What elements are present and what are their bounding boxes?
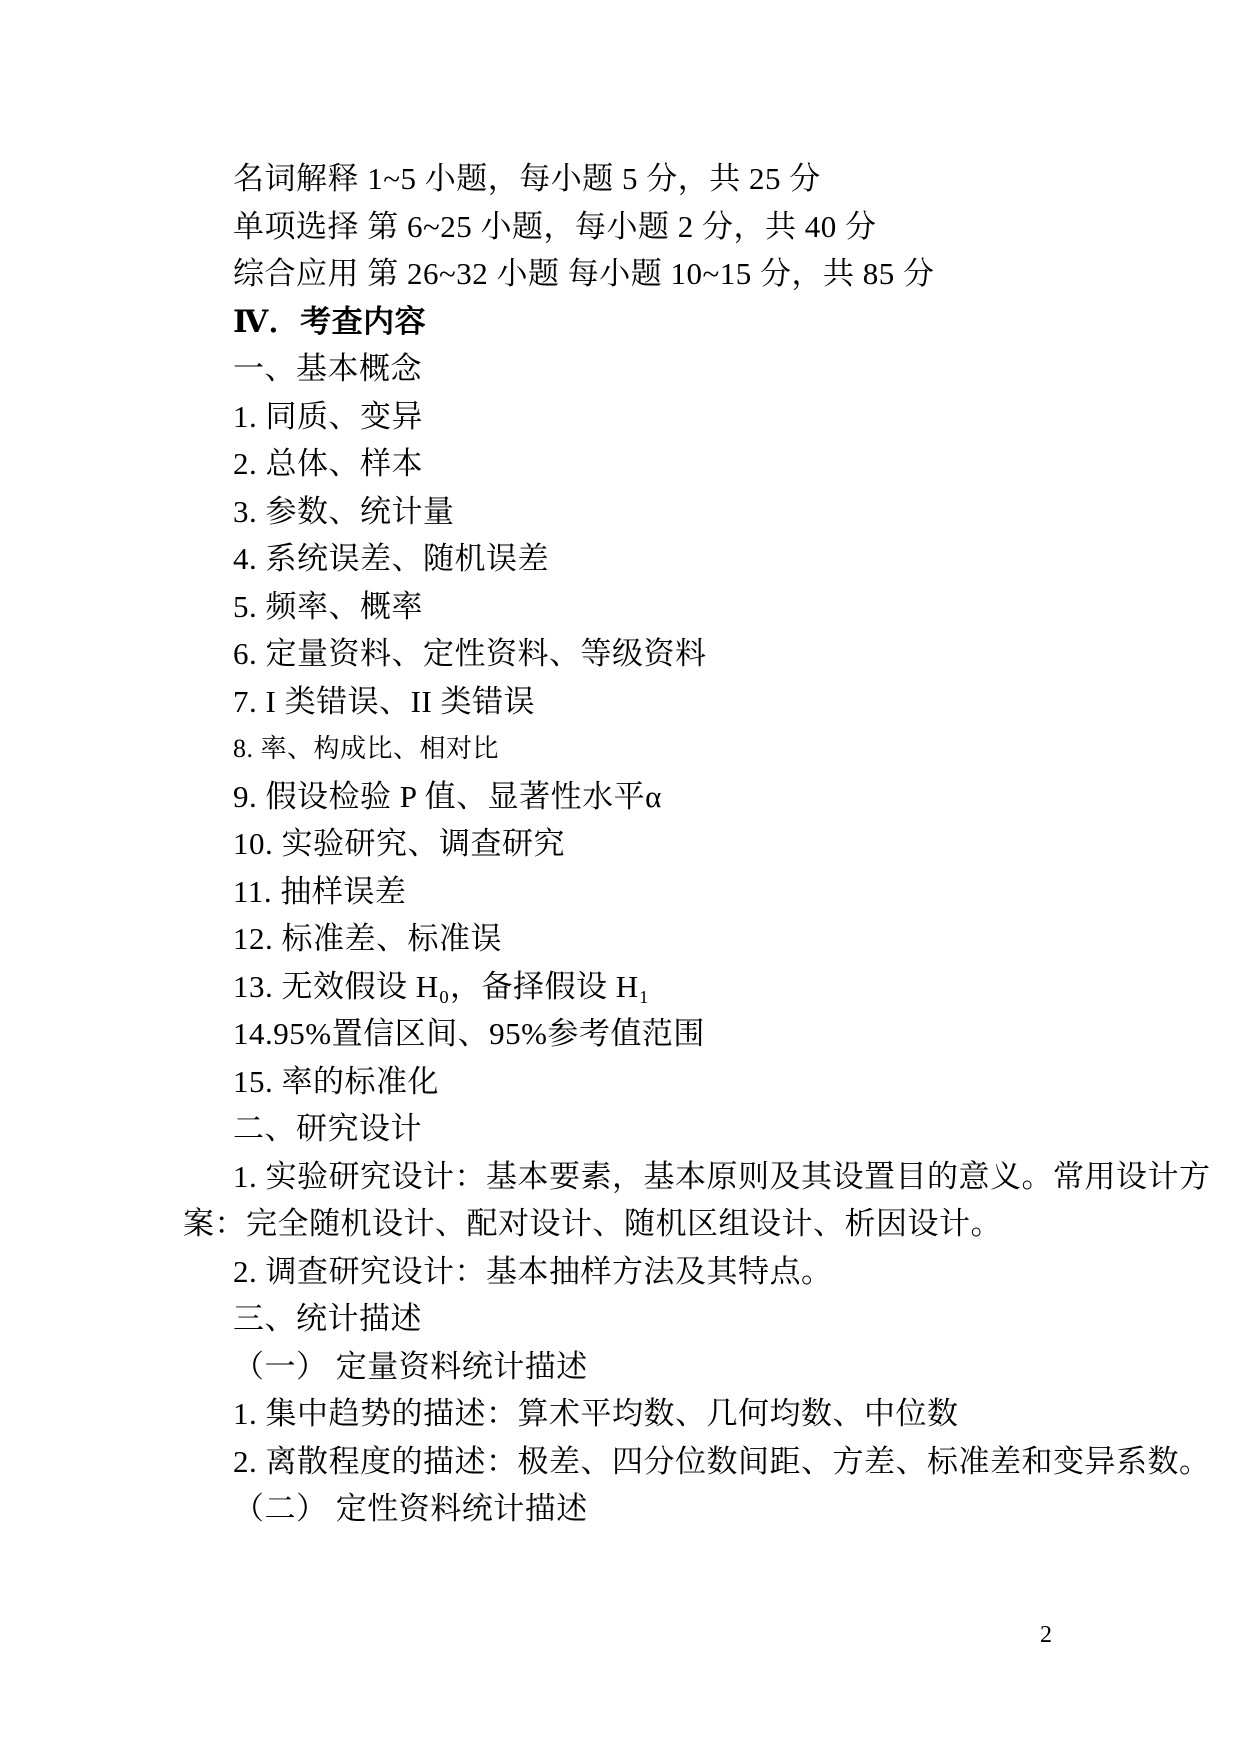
paragraph-experimental-design-line-2: 案：完全随机设计、配对设计、随机区组设计、析因设计。 — [183, 1200, 1183, 1248]
subsection-heading-statistical-description: 三、统计描述 — [183, 1295, 1183, 1343]
list-item-4: 4. 系统误差、随机误差 — [183, 535, 1183, 583]
list-item-2: 2. 总体、样本 — [183, 440, 1183, 488]
sub-subsection-qualitative-description: （二） 定性资料统计描述 — [183, 1485, 1183, 1533]
scoring-line-single-choice: 单项选择 第 6~25 小题，每小题 2 分，共 40 分 — [183, 203, 1183, 251]
list-item-1: 1. 同质、变异 — [183, 393, 1183, 441]
list-item-7: 7. I 类错误、II 类错误 — [183, 678, 1183, 726]
list-item-9: 9. 假设检验 P 值、显著性水平α — [183, 773, 1183, 821]
description-item-central-tendency: 1. 集中趋势的描述：算术平均数、几何均数、中位数 — [183, 1390, 1183, 1438]
subsection-heading-basic-concepts: 一、基本概念 — [183, 345, 1183, 393]
list-item-8: 8. 率、构成比、相对比 — [183, 725, 1183, 773]
list-item-12: 12. 标准差、标准误 — [183, 915, 1183, 963]
sub-subsection-quantitative-description: （一） 定量资料统计描述 — [183, 1343, 1183, 1391]
list-item-10: 10. 实验研究、调查研究 — [183, 820, 1183, 868]
list-item-14: 14.95%置信区间、95%参考值范围 — [183, 1010, 1183, 1058]
scoring-line-comprehensive: 综合应用 第 26~32 小题 每小题 10~15 分，共 85 分 — [183, 250, 1183, 298]
document-page: { "page": { "number": "2", "lines": [ { … — [0, 0, 1240, 1754]
document-body: 名词解释 1~5 小题，每小题 5 分，共 25 分 单项选择 第 6~25 小… — [183, 155, 1183, 1533]
list-item-11: 11. 抽样误差 — [183, 868, 1183, 916]
list-item-15: 15. 率的标准化 — [183, 1058, 1183, 1106]
subsection-heading-research-design: 二、研究设计 — [183, 1105, 1183, 1153]
page-number: 2 — [1040, 1620, 1052, 1650]
list-item-3: 3. 参数、统计量 — [183, 488, 1183, 536]
scoring-line-term-explanation: 名词解释 1~5 小题，每小题 5 分，共 25 分 — [183, 155, 1183, 203]
section-heading-exam-content: Ⅳ．考查内容 — [183, 298, 1183, 346]
list-item-13: 13. 无效假设 H₀，备择假设 H₁ — [183, 963, 1183, 1011]
description-item-dispersion: 2. 离散程度的描述：极差、四分位数间距、方差、标准差和变异系数。 — [183, 1438, 1183, 1486]
paragraph-survey-design: 2. 调查研究设计：基本抽样方法及其特点。 — [183, 1248, 1183, 1296]
list-item-5: 5. 频率、概率 — [183, 583, 1183, 631]
list-item-6: 6. 定量资料、定性资料、等级资料 — [183, 630, 1183, 678]
paragraph-experimental-design-line-1: 1. 实验研究设计：基本要素，基本原则及其设置目的意义。常用设计方 — [183, 1153, 1183, 1201]
